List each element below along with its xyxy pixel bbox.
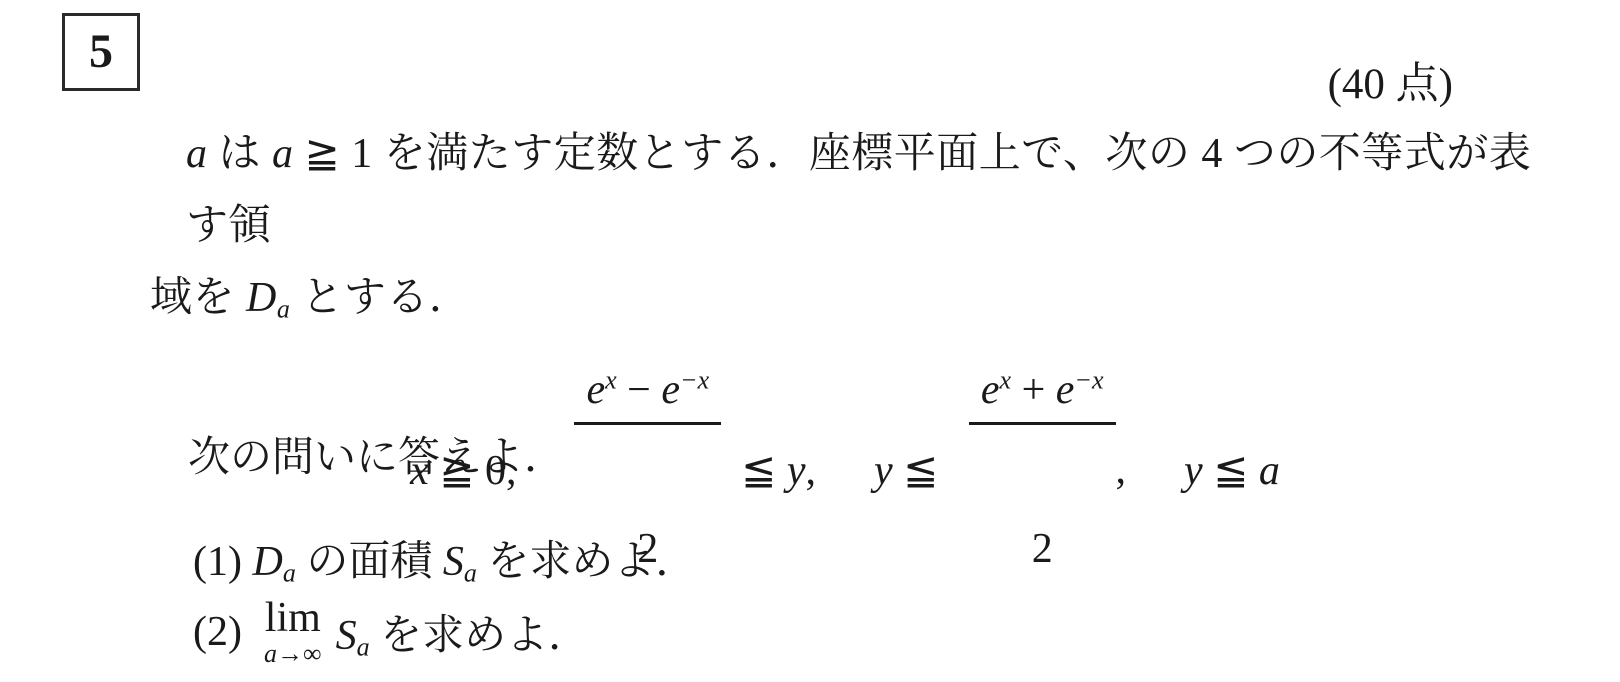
math-var-a: a bbox=[272, 131, 294, 177]
lim-text: lim bbox=[265, 596, 321, 640]
intro-line-1: a は a ≧ 1 を満たす定数とする．座標平面上で、次の 4 つの不等式が表す… bbox=[150, 118, 1540, 262]
math-var-D: D bbox=[252, 539, 282, 585]
comma: , bbox=[806, 448, 817, 494]
math-var-e: e bbox=[1056, 367, 1075, 413]
math-var-y: y bbox=[1184, 448, 1203, 494]
question-text: の面積 bbox=[296, 539, 443, 585]
math-var-e: e bbox=[981, 367, 1000, 413]
relation-leq: ≦ bbox=[1203, 448, 1259, 494]
comma: , bbox=[1116, 446, 1127, 494]
limit-operator: lim a→∞ bbox=[264, 596, 322, 669]
intro-text: は bbox=[208, 131, 273, 177]
operator-plus: + bbox=[1011, 367, 1056, 413]
math-var-e: e bbox=[586, 367, 605, 413]
math-var-y: y bbox=[874, 448, 893, 494]
superscript-minus-x: −x bbox=[680, 366, 709, 395]
superscript-x: x bbox=[605, 366, 617, 395]
operator-minus: − bbox=[617, 367, 662, 413]
intro-text: ≧ 1 を満たす定数とする．座標平面上で、次の 4 つの不等式が表す領 bbox=[186, 131, 1531, 249]
question-2-body: Sa を求めよ． bbox=[336, 602, 591, 662]
math-var-y: y bbox=[787, 448, 806, 494]
math-var-e: e bbox=[661, 367, 680, 413]
lim-subscript: a→∞ bbox=[264, 640, 322, 669]
fraction-numerator: ex + e−x bbox=[969, 366, 1116, 425]
exam-problem-page: 5 (40 点) a は a ≧ 1 を満たす定数とする．座標平面上で、次の 4… bbox=[0, 0, 1620, 682]
question-1-label: (1) bbox=[193, 539, 252, 585]
relation-leq: ≦ bbox=[893, 448, 949, 494]
question-2-label: (2) bbox=[193, 608, 242, 656]
math-var-a: a bbox=[1259, 448, 1280, 494]
question-text: を求めよ． bbox=[477, 539, 698, 585]
subscript-a: a bbox=[357, 633, 370, 662]
question-text: を求めよ． bbox=[370, 613, 591, 659]
inequality-y-leq: y ≦ bbox=[874, 445, 949, 495]
problem-number-box: 5 bbox=[62, 13, 140, 91]
math-var-S: S bbox=[443, 539, 464, 585]
superscript-x: x bbox=[1000, 366, 1012, 395]
fraction-numerator: ex − e−x bbox=[574, 366, 721, 425]
superscript-minus-x: −x bbox=[1074, 366, 1103, 395]
points-label: (40 点) bbox=[1328, 50, 1453, 111]
inequality-y-leq-a: y ≦ a bbox=[1184, 445, 1280, 495]
math-var-S: S bbox=[336, 613, 357, 659]
math-var-a: a bbox=[264, 639, 277, 668]
question-1: (1) Da の面積 Sa を求めよ． bbox=[193, 528, 697, 588]
problem-number: 5 bbox=[89, 28, 113, 76]
question-2: (2) lim a→∞ Sa を求めよ． bbox=[193, 596, 590, 669]
math-var-a: a bbox=[186, 131, 208, 177]
inequality-leq-y: ≦ y, bbox=[741, 445, 816, 495]
relation-leq: ≦ bbox=[741, 448, 787, 494]
arrow-infinity: →∞ bbox=[277, 639, 322, 668]
subscript-a: a bbox=[464, 559, 477, 588]
fraction-denominator: 2 bbox=[969, 521, 1116, 573]
fraction-sinh: ex − e−x 2 bbox=[574, 270, 721, 669]
subscript-a: a bbox=[283, 559, 296, 588]
fraction-cosh: ex + e−x 2 bbox=[969, 270, 1116, 669]
question-prompt: 次の問いに答えよ． bbox=[188, 424, 566, 484]
